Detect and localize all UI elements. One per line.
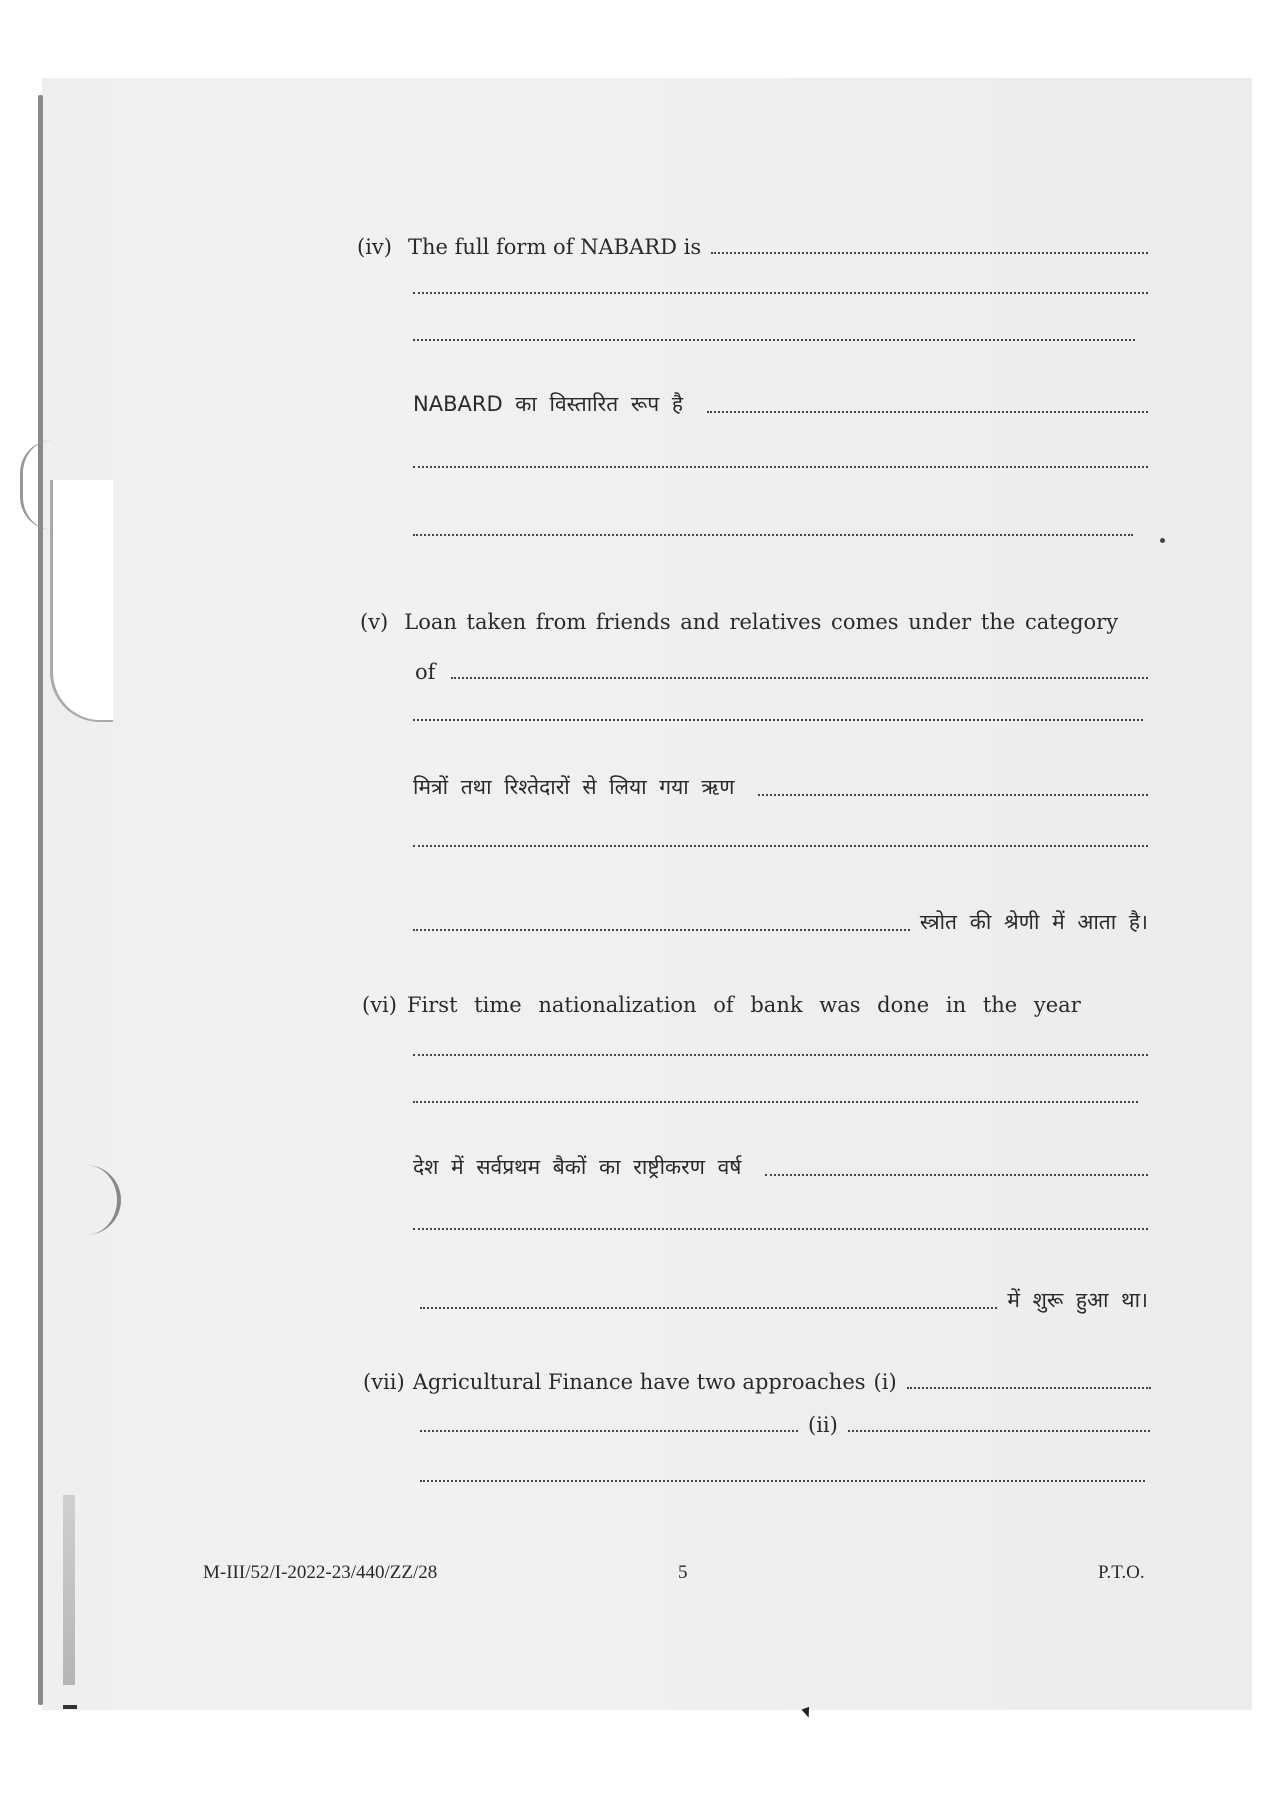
- ink-speck: [1160, 538, 1165, 543]
- answer-blank[interactable]: [413, 1052, 1148, 1056]
- question-number: (vii): [363, 1370, 405, 1394]
- answer-blank[interactable]: [413, 464, 1148, 468]
- question-text-hindi: NABARD का विस्तारित रूप है: [413, 390, 683, 418]
- question-text: First time nationalization of bank was d…: [407, 993, 1152, 1017]
- question-number: (iv): [357, 235, 392, 259]
- question-v-hindi-suffix-line: स्त्रोत की श्रेणी में आता है।: [413, 908, 1148, 936]
- question-v-english-continued: of: [415, 660, 1148, 684]
- answer-blank[interactable]: [451, 675, 1148, 679]
- answer-blank[interactable]: [711, 250, 1148, 254]
- answer-blank[interactable]: [420, 1305, 997, 1309]
- option-label: (ii): [808, 1413, 838, 1437]
- answer-blank[interactable]: [413, 1099, 1138, 1103]
- question-vi-hindi: देश में सर्वप्रथम बैकों का राष्ट्रीकरण व…: [413, 1153, 1148, 1181]
- paper-left-edge-shadow: [38, 95, 43, 1705]
- question-text: The full form of NABARD is: [408, 235, 701, 259]
- question-text: Agricultural Finance have two approaches: [413, 1370, 866, 1394]
- question-v-english: (v) Loan taken from friends and relative…: [360, 610, 1150, 634]
- question-text: Loan taken from friends and relatives co…: [404, 610, 1150, 634]
- option-label: (i): [874, 1370, 897, 1394]
- question-iv-english: (iv) The full form of NABARD is: [357, 235, 1148, 259]
- answer-blank[interactable]: [758, 792, 1148, 796]
- question-vii-english: (vii) Agricultural Finance have two appr…: [363, 1370, 1151, 1394]
- binding-strip: [63, 1495, 75, 1685]
- question-iv-hindi: NABARD का विस्तारित रूप है: [413, 390, 1148, 418]
- answer-blank[interactable]: [413, 717, 1143, 721]
- question-number: (vi): [362, 993, 397, 1017]
- binding-strip-end: [63, 1705, 77, 1709]
- question-v-hindi: मित्रों तथा रिश्तेदारों से लिया गया ऋण: [413, 773, 1148, 801]
- paper-tear-mark: [20, 440, 53, 530]
- answer-blank[interactable]: [413, 1226, 1148, 1230]
- question-vi-english: (vi) First time nationalization of bank …: [362, 993, 1152, 1017]
- answer-blank[interactable]: [413, 532, 1133, 536]
- page-number: 5: [678, 1562, 688, 1584]
- paper-torn-notch: [50, 480, 113, 722]
- answer-blank-option-1[interactable]: [907, 1385, 1151, 1389]
- answer-blank[interactable]: [413, 290, 1148, 294]
- answer-blank-option-2[interactable]: [848, 1428, 1150, 1432]
- answer-blank[interactable]: [413, 337, 1135, 341]
- exam-paper-sheet: [42, 78, 1252, 1710]
- question-vii-options-line: (ii): [420, 1413, 1150, 1437]
- question-vi-hindi-suffix-line: में शुरू हुआ था।: [420, 1286, 1148, 1314]
- answer-blank-option-1-continued[interactable]: [420, 1428, 798, 1432]
- question-text: of: [415, 660, 435, 684]
- paper-code: M-III/52/I-2022-23/440/ZZ/28: [203, 1562, 437, 1584]
- please-turn-over: P.T.O.: [1098, 1562, 1145, 1584]
- answer-blank[interactable]: [765, 1172, 1148, 1176]
- question-text-hindi-suffix: में शुरू हुआ था।: [1007, 1286, 1148, 1314]
- question-text-hindi: देश में सर्वप्रथम बैकों का राष्ट्रीकरण व…: [413, 1153, 741, 1181]
- question-text-hindi: मित्रों तथा रिश्तेदारों से लिया गया ऋण: [413, 773, 734, 801]
- question-text-hindi-suffix: स्त्रोत की श्रेणी में आता है।: [920, 908, 1148, 936]
- question-number: (v): [360, 610, 388, 634]
- answer-blank[interactable]: [420, 1478, 1145, 1482]
- answer-blank[interactable]: [413, 927, 910, 931]
- answer-blank[interactable]: [707, 409, 1148, 413]
- answer-blank[interactable]: [413, 843, 1148, 847]
